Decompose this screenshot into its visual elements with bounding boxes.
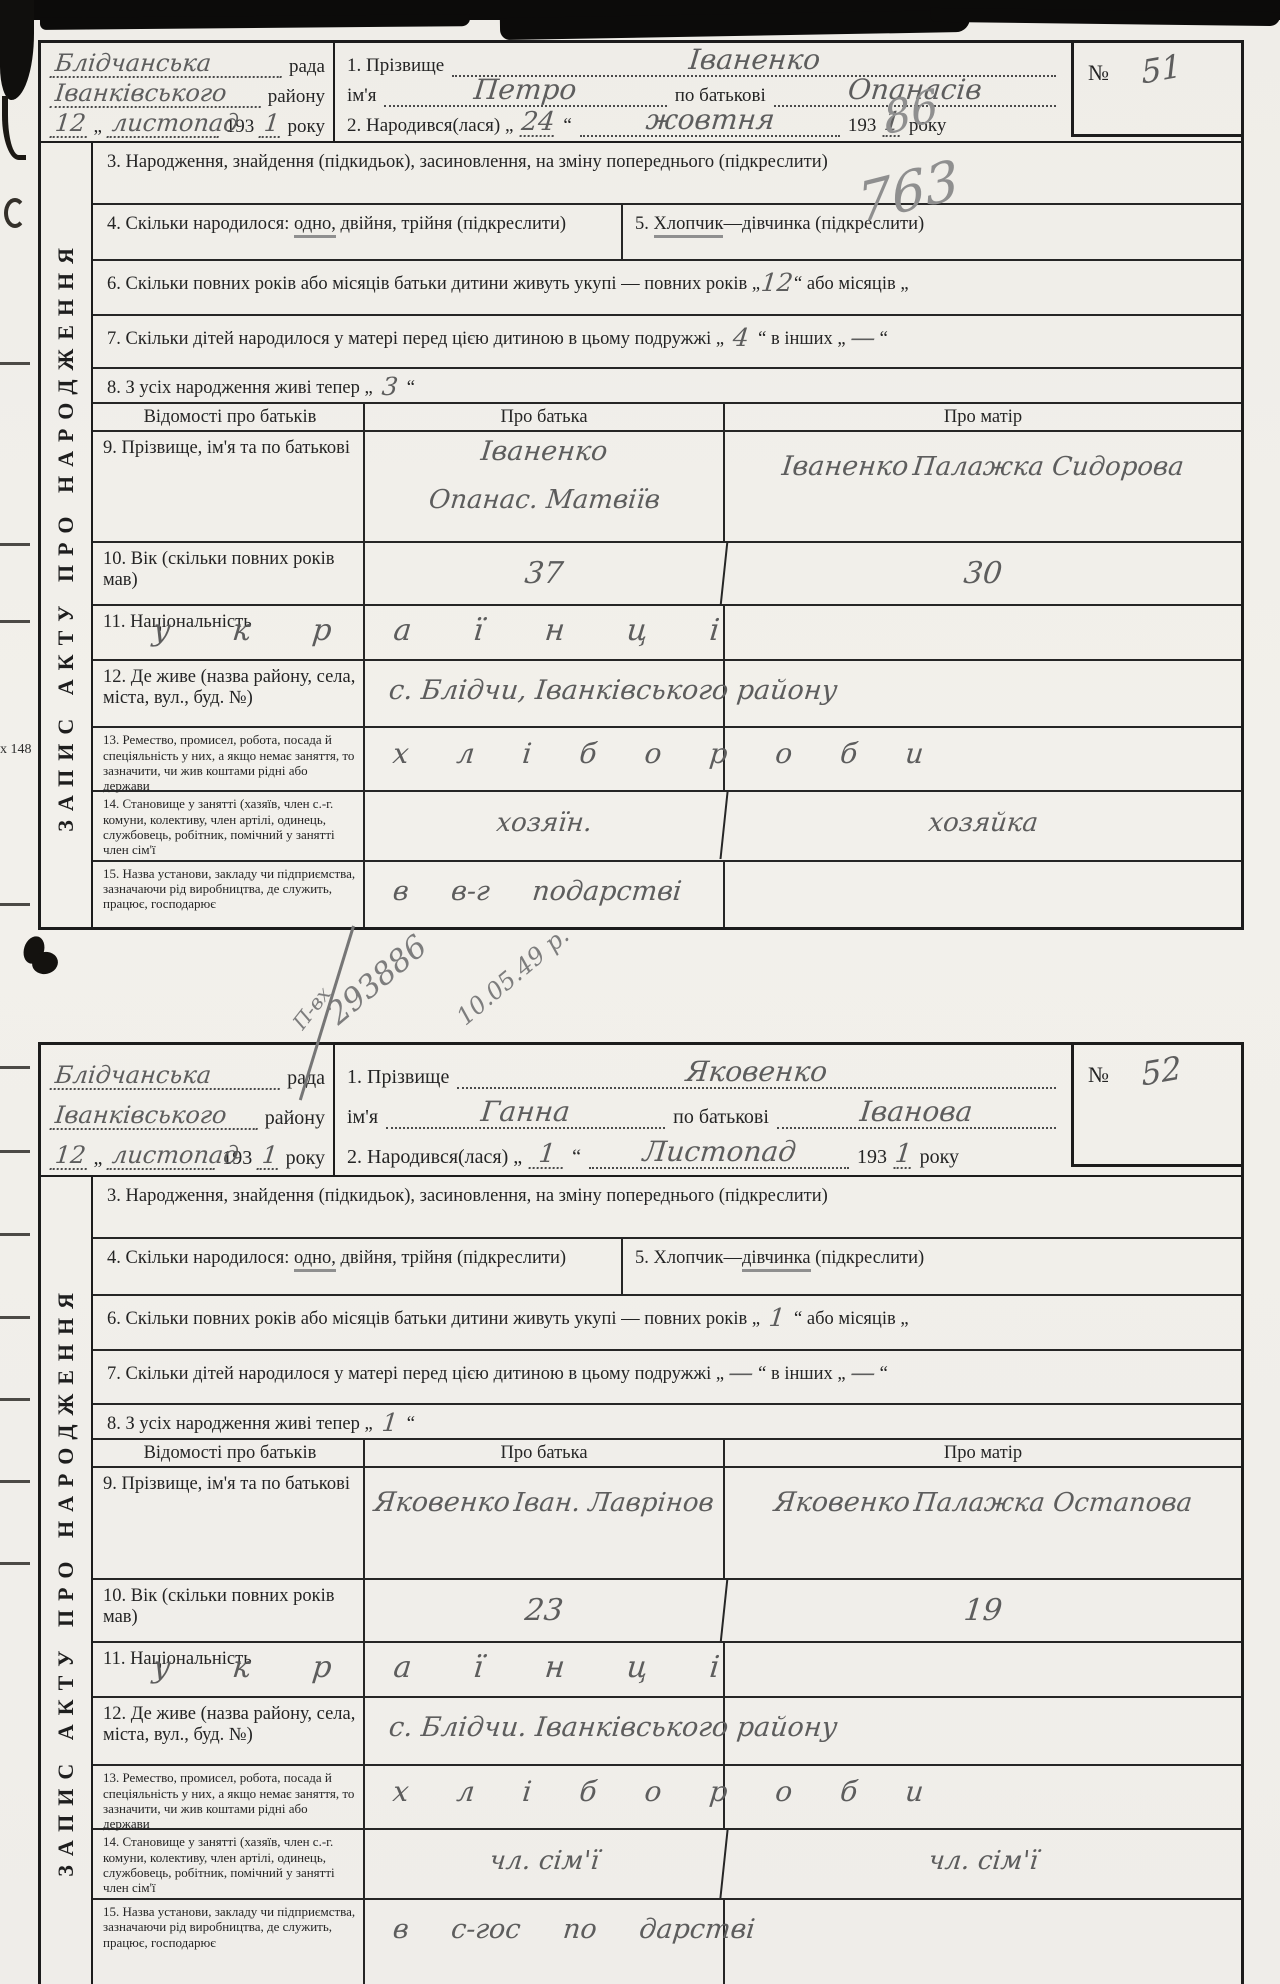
born-label: 2. Народився(лася) „: [347, 115, 513, 137]
row5-number: 5.: [635, 214, 649, 234]
row5-girl-underlined: дівчинка: [742, 1248, 811, 1272]
table-row-12-residence: 12. Де живе (назва району, села, міста, …: [93, 1698, 1241, 1766]
row7-label-mid: “ в інших „: [758, 1364, 845, 1384]
row8-label: 8. З усіх народження живі тепер „: [107, 378, 373, 398]
margin-rule-line: [0, 1066, 30, 1069]
row15-label: 15. Назва установи, закладу чи підприємс…: [103, 1904, 355, 1950]
name-label: ім'я: [347, 1106, 378, 1129]
occupation-value: хлібороби: [392, 1778, 973, 1806]
row4-underlined-odno: одно,: [294, 1248, 336, 1272]
row9-label: 9. Прізвище, ім'я та по батькові: [103, 438, 350, 458]
year-prefix: 193: [857, 1146, 887, 1169]
born-label: 2. Народився(лася) „: [347, 1146, 522, 1169]
record-body: ЗАПИС АКТУ ПРО НАРОДЖЕННЯ 3. Народження,…: [41, 1177, 1241, 1984]
alive-now-value: 1: [371, 1410, 408, 1435]
council-name-value: Блідчанська: [50, 1063, 283, 1090]
rayon-label: району: [268, 86, 325, 108]
margin-rule-line: [0, 1562, 30, 1565]
field-row-7: 7. Скільки дітей народилося у матері пер…: [93, 316, 1241, 370]
field-row-6: 6. Скільки повних років або місяців бать…: [93, 1296, 1241, 1351]
row8-label-end: “: [407, 1414, 415, 1434]
vertical-title-strip: ЗАПИС АКТУ ПРО НАРОДЖЕННЯ: [41, 143, 93, 927]
record-number-value: 51: [1140, 49, 1182, 88]
record-header: Блідчанська рада Іванківського району 12…: [41, 1045, 1241, 1177]
father-name-value: Опанас. Матвіїв: [427, 487, 661, 513]
row10-label-cell: 10. Вік (скільки повних років мав): [93, 1580, 365, 1642]
mother-nationality-cell: [725, 1643, 1241, 1696]
col-header-father: Про батька: [365, 404, 725, 430]
row14-label: 14. Становище у занятті (хазяїв, член с.…: [103, 796, 335, 857]
table-row-9-names: 9. Прізвище, ім'я та по батькові Яковенк…: [93, 1468, 1241, 1580]
child-identity-cell: 1. Прізвище Яковенко ім'я Ганна по батьк…: [335, 1045, 1241, 1175]
col-header-mother: Про матір: [725, 1440, 1241, 1466]
row9-label: 9. Прізвище, ім'я та по батькові: [103, 1474, 350, 1494]
children-other-value: —: [844, 325, 881, 350]
field-row-8: 8. З усіх народження живі тепер „1“: [93, 1405, 1241, 1440]
vertical-title: ЗАПИС АКТУ ПРО НАРОДЖЕННЯ: [53, 239, 79, 832]
institution-value: в с-гос по дарстві: [392, 1916, 757, 1943]
row6-label: 6. Скільки повних років або місяців бать…: [107, 274, 760, 294]
row5-boy-underlined: Хлопчик: [654, 214, 724, 238]
mother-age-value: 19: [722, 1580, 1245, 1642]
row7-label: 7. Скільки дітей народилося у матері пер…: [107, 329, 724, 349]
table-row-13-occupation: 13. Ремество, промисел, робота, посада й…: [93, 728, 1241, 792]
field-row-4-5: 4. Скільки народилося: одно, двійня, трі…: [93, 205, 1241, 261]
nationality-value: українці: [151, 1653, 782, 1683]
mother-name-value: Палажка Сидорова: [911, 454, 1185, 480]
table-row-14-status: 14. Становище у занятті (хазяїв, член с.…: [93, 792, 1241, 861]
birth-year-digit: 1: [894, 1141, 913, 1169]
parents-table-header: Відомості про батьків Про батька Про мат…: [93, 1440, 1241, 1468]
row10-label: 10. Вік (скільки повних років мав): [103, 549, 334, 590]
nationality-value: українці: [151, 616, 782, 646]
row4-label-rest: двійня, трійня (підкреслити): [341, 1248, 567, 1268]
row8-label: 8. З усіх народження живі тепер „: [107, 1414, 373, 1434]
row15-label-cell: 15. Назва установи, закладу чи підприємс…: [93, 1900, 365, 1984]
margin-rule-line: [0, 362, 30, 365]
field-row-3: 3. Народження, знайдення (підкидьок), за…: [93, 143, 1241, 205]
surname-value: Іваненко: [687, 46, 821, 75]
reg-day-value: 12: [50, 1143, 89, 1170]
col-header-mother: Про матір: [725, 404, 1241, 430]
field-5-cell: 5. Хлопчик—дівчинка (підкреслити): [623, 1239, 1241, 1294]
row9-label-cell: 9. Прізвище, ім'я та по батькові: [93, 432, 365, 541]
row4-label-rest: двійня, трійня (підкреслити): [341, 214, 567, 234]
father-name-cell: Яковенко Іван. Лаврінов: [365, 1468, 725, 1578]
reg-year-digit: 1: [259, 111, 283, 138]
row5-dash: —: [723, 214, 742, 234]
mother-nationality-cell: [725, 606, 1241, 659]
council-cell: Блідчанська рада Іванківського району 12…: [41, 1045, 335, 1175]
row13-label-cell: 13. Ремество, промисел, робота, посада й…: [93, 1766, 365, 1828]
surname-label: 1. Прізвище: [347, 55, 444, 77]
row7-label-end: “: [880, 1364, 888, 1384]
children-other-value: —: [844, 1360, 881, 1385]
row7-label-mid: “ в інших „: [758, 329, 845, 349]
table-row-12-residence: 12. Де живе (назва району, села, міста, …: [93, 661, 1241, 728]
record-number-box: № 51: [1071, 41, 1243, 137]
father-status-value: чл. сім'ї: [361, 1830, 728, 1898]
row6-label-rest: “ або місяців „: [794, 274, 909, 294]
row14-label-cell: 14. Становище у занятті (хазяїв, член с.…: [93, 792, 365, 859]
roku-label: року: [920, 1146, 959, 1169]
roku-label: року: [286, 1147, 325, 1170]
children-before-value: —: [723, 1360, 760, 1385]
rada-label: рада: [289, 56, 325, 78]
row12-label: 12. Де живе (назва району, села, міста, …: [103, 667, 355, 708]
name-label: ім'я: [347, 85, 376, 107]
field-row-3: 3. Народження, знайдення (підкидьок), за…: [93, 1177, 1241, 1239]
margin-rule-line: [0, 1150, 30, 1153]
margin-rule-line: [0, 903, 30, 906]
row15-label: 15. Назва установи, закладу чи підприємс…: [103, 866, 355, 912]
residence-value: с. Блідчи, Іванківського району: [388, 677, 839, 704]
quote-mark: „: [94, 1147, 103, 1170]
row3-label: 3. Народження, знайдення (підкидьок), за…: [107, 152, 828, 172]
row10-label-cell: 10. Вік (скільки повних років мав): [93, 543, 365, 604]
row4-underlined-odno: одно,: [294, 214, 336, 238]
margin-rule-line: [0, 620, 30, 623]
row5-girl: дівчинка: [742, 214, 811, 234]
surname-value: Яковенко: [685, 1058, 829, 1087]
occupation-value: хлібороби: [392, 740, 973, 768]
margin-rule-line: [0, 1480, 30, 1483]
row9-label-cell: 9. Прізвище, ім'я та по батькові: [93, 1468, 365, 1578]
district-name-value: Іванківського: [50, 81, 264, 108]
birth-record-52: Блідчанська рада Іванківського району 12…: [38, 1042, 1244, 1984]
table-row-10-age: 10. Вік (скільки повних років мав) 23 19: [93, 1580, 1241, 1644]
margin-note: х 148: [0, 742, 32, 758]
father-age-value: 23: [362, 1580, 729, 1642]
col-header-info: Відомості про батьків: [93, 404, 365, 430]
vertical-title: ЗАПИС АКТУ ПРО НАРОДЖЕННЯ: [53, 1284, 79, 1877]
row7-label: 7. Скільки дітей народилося у матері пер…: [107, 1364, 724, 1384]
years-together-value: 1: [759, 1305, 796, 1330]
council-cell: Блідчанська рада Іванківського району 12…: [41, 43, 335, 141]
row14-label: 14. Становище у занятті (хазяїв, член с.…: [103, 1834, 335, 1895]
patronymic-value: Іванова: [859, 1098, 974, 1127]
birth-day-value: 24: [520, 109, 557, 137]
children-before-value: 4: [723, 325, 760, 350]
table-row-11-nationality: 11. Національність українці: [93, 1643, 1241, 1698]
name-value: Ганна: [480, 1098, 572, 1127]
row7-label-end: “: [880, 329, 888, 349]
mother-surname-value: Іваненко: [781, 453, 910, 480]
residence-value: с. Блідчи. Іванківського району: [388, 1714, 839, 1741]
father-surname-value: Яковенко: [373, 1489, 512, 1516]
row4-label: 4. Скільки народилося:: [107, 1248, 289, 1268]
institution-value: в в-г подарстві: [392, 878, 683, 905]
row14-label-cell: 14. Становище у занятті (хазяїв, член с.…: [93, 1830, 365, 1898]
margin-rule-line: [0, 1316, 30, 1319]
mother-status-value: чл. сім'ї: [721, 1830, 1244, 1898]
row12-label-cell: 12. Де живе (назва району, села, міста, …: [93, 661, 365, 726]
field-row-8: 8. З усіх народження живі тепер „3“: [93, 369, 1241, 404]
district-name-value: Іванківського: [50, 1103, 261, 1130]
child-identity-cell: 1. Прізвище Іваненко ім'я Петро по батьк…: [335, 43, 1241, 141]
father-name-value: Іван. Лаврінов: [513, 1490, 715, 1516]
surname-label: 1. Прізвище: [347, 1066, 449, 1089]
reg-day-value: 12: [50, 111, 89, 138]
mother-name-cell: Іваненко Палажка Сидорова: [725, 432, 1241, 541]
row5-dash: —: [723, 1248, 742, 1268]
quote-mark: „: [94, 116, 102, 138]
table-row-9-names: 9. Прізвище, ім'я та по батькові Іваненк…: [93, 432, 1241, 543]
row6-label: 6. Скільки повних років або місяців бать…: [107, 1309, 760, 1329]
mother-institution-cell: [725, 862, 1241, 927]
row4-label: 4. Скільки народилося:: [107, 214, 289, 234]
roku-label: року: [288, 116, 325, 138]
table-row-14-status: 14. Становище у занятті (хазяїв, член с.…: [93, 1830, 1241, 1900]
margin-rule-line: [0, 543, 30, 546]
reg-year-digit: 1: [257, 1143, 281, 1170]
field-4-cell: 4. Скільки народилося: одно, двійня, трі…: [93, 205, 623, 259]
field-row-4-5: 4. Скільки народилося: одно, двійня, трі…: [93, 1239, 1241, 1296]
table-row-10-age: 10. Вік (скільки повних років мав) 37 30: [93, 543, 1241, 606]
mother-name-value: Палажка Остапова: [913, 1490, 1194, 1516]
col-header-info: Відомості про батьків: [93, 1440, 365, 1466]
reg-month-value: листопад: [107, 111, 222, 138]
birth-record-51: Блідчанська рада Іванківського району 12…: [38, 40, 1244, 930]
table-row-15-institution: 15. Назва установи, закладу чи підприємс…: [93, 1900, 1241, 1984]
year-prefix: 193: [848, 115, 877, 137]
record-header: Блідчанська рада Іванківського району 12…: [41, 43, 1241, 143]
quote-mark: “: [572, 1146, 581, 1169]
row12-label-cell: 12. Де живе (назва району, села, міста, …: [93, 1698, 365, 1764]
margin-rule-line: [0, 1398, 30, 1401]
alive-now-value: 3: [371, 374, 408, 399]
row10-label: 10. Вік (скільки повних років мав): [103, 1586, 334, 1627]
father-age-value: 37: [362, 543, 728, 604]
years-together-value: 12: [759, 270, 796, 295]
name-value: Петро: [473, 76, 578, 105]
row5-boy: Хлопчик: [654, 1248, 724, 1268]
rayon-label: району: [265, 1107, 325, 1130]
row13-label-cell: 13. Ремество, промисел, робота, посада й…: [93, 728, 365, 790]
margin-rule-line: [0, 1233, 30, 1236]
birth-day-value: 1: [529, 1141, 566, 1169]
mother-age-value: 30: [722, 543, 1244, 604]
scanned-ledger-page: { "doc": { "vertical_label": "ЗАПИС АКТУ…: [0, 0, 1280, 1984]
mother-surname-value: Яковенко: [772, 1489, 911, 1516]
number-label: №: [1088, 1062, 1109, 1087]
table-row-13-occupation: 13. Ремество, промисел, робота, посада й…: [93, 1766, 1241, 1830]
patronymic-label: по батькові: [673, 1106, 769, 1129]
row5-label-rest: (підкреслити): [815, 1248, 924, 1268]
col-header-father: Про батька: [365, 1440, 725, 1466]
quote-mark: “: [563, 115, 571, 137]
mother-status-value: хозяйка: [721, 792, 1244, 859]
row6-label-rest: “ або місяців „: [794, 1309, 909, 1329]
number-label: №: [1088, 60, 1109, 85]
record-body: ЗАПИС АКТУ ПРО НАРОДЖЕННЯ 3. Народження,…: [41, 143, 1241, 927]
father-status-value: хозяїн.: [361, 792, 728, 859]
parents-table-header: Відомості про батьків Про батька Про мат…: [93, 404, 1241, 432]
row13-label: 13. Ремество, промисел, робота, посада й…: [103, 1770, 354, 1831]
mother-name-cell: Яковенко Палажка Остапова: [725, 1468, 1241, 1578]
council-name-value: Блідчанська: [50, 51, 285, 78]
row15-label-cell: 15. Назва установи, закладу чи підприємс…: [93, 862, 365, 927]
birth-month-value: Листопад: [641, 1138, 797, 1167]
row12-label: 12. Де живе (назва району, села, міста, …: [103, 1704, 355, 1745]
row3-label: 3. Народження, знайдення (підкидьок), за…: [107, 1186, 828, 1206]
mother-institution-cell: [725, 1900, 1241, 1984]
reg-month-value: листопад: [107, 1143, 218, 1170]
father-surname-value: Іваненко: [479, 438, 608, 465]
field-row-6: 6. Скільки повних років або місяців бать…: [93, 261, 1241, 316]
table-row-15-institution: 15. Назва установи, закладу чи підприємс…: [93, 862, 1241, 927]
row5-number: 5.: [635, 1248, 649, 1268]
field-4-cell: 4. Скільки народилося: одно, двійня, трі…: [93, 1239, 623, 1294]
table-row-11-nationality: 11. Національність українці: [93, 606, 1241, 661]
father-name-cell: Іваненко Опанас. Матвіїв: [365, 432, 725, 541]
birth-month-value: жовтня: [644, 106, 776, 135]
row13-label: 13. Ремество, промисел, робота, посада й…: [103, 732, 354, 793]
record-number-value: 52: [1140, 1051, 1182, 1090]
row8-label-end: “: [407, 378, 415, 398]
binding-stitch: [4, 198, 26, 228]
record-number-box: № 52: [1071, 1043, 1243, 1167]
field-row-7: 7. Скільки дітей народилося у матері пер…: [93, 1351, 1241, 1405]
vertical-title-strip: ЗАПИС АКТУ ПРО НАРОДЖЕННЯ: [41, 1177, 93, 1984]
